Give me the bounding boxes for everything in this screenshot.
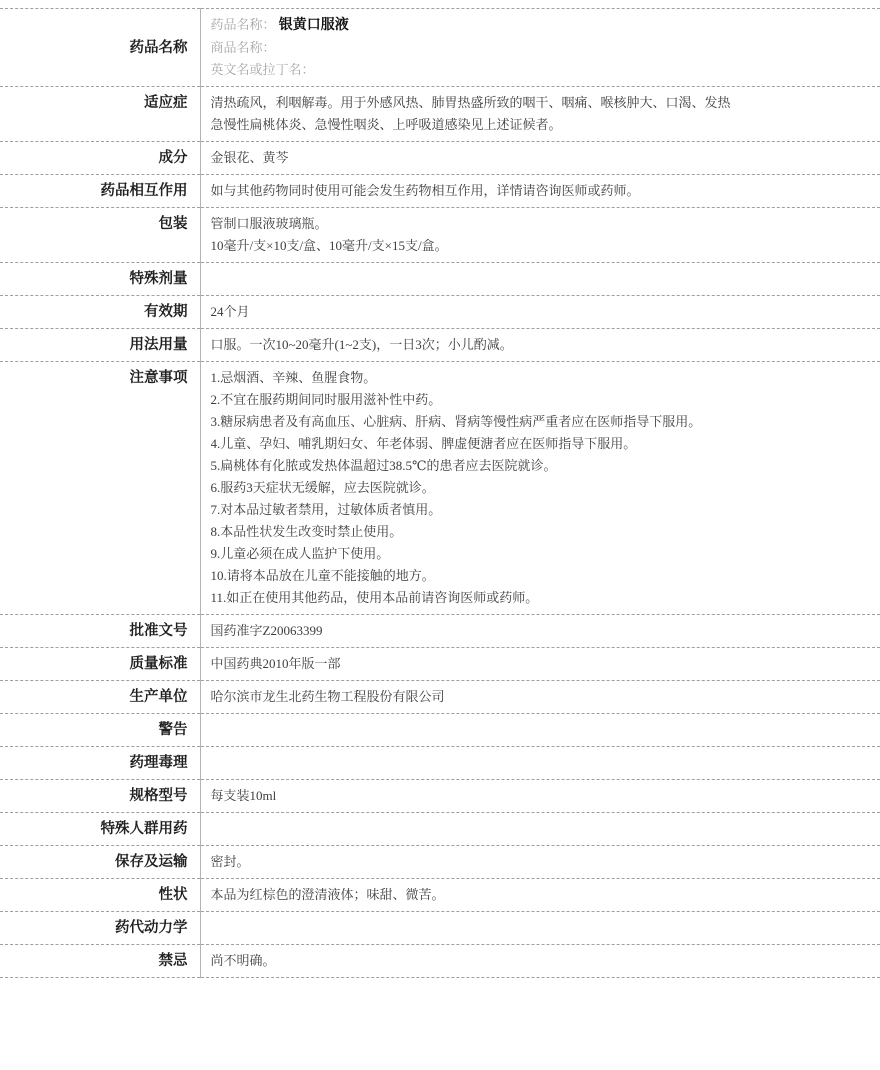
row-value-line: 哈尔滨市龙生北药生物工程股份有限公司 [211,686,867,708]
row-value-line: 11.如正在使用其他药品，使用本品前请咨询医师或药师。 [211,587,867,609]
row-value-line: 国药准字Z20063399 [211,620,867,642]
row-value: 国药准字Z20063399 [200,615,880,648]
table-row-drug-name: 药品名称 药品名称： 银黄口服液 商品名称： 英文名或拉丁名： [0,9,880,87]
row-value: 中国药典2010年版一部 [200,648,880,681]
row-value-line: 每支装10ml [211,785,867,807]
row-value-line: 5.扁桃体有化脓或发热体温超过38.5℃的患者应去医院就诊。 [211,455,867,477]
row-value [200,912,880,945]
table-row-packaging: 包装 管制口服液玻璃瓶。 10毫升/支×10支/盒、10毫升/支×15支/盒。 [0,208,880,263]
row-value: 口服。一次10~20毫升(1~2支)，一日3次；小儿酌减。 [200,329,880,362]
row-value: 1.忌烟酒、辛辣、鱼腥食物。 2.不宜在服药期间同时服用滋补性中药。 3.糖尿病… [200,362,880,615]
drug-name-value: 银黄口服液 [279,18,349,33]
row-value: 尚不明确。 [200,945,880,978]
table-row-pharmacology: 药理毒理 [0,747,880,780]
drug-info-table: 药品名称 药品名称： 银黄口服液 商品名称： 英文名或拉丁名： 适应症 清热疏风… [0,8,880,978]
row-label: 生产单位 [0,681,200,714]
row-value-line [211,917,867,939]
row-label: 保存及运输 [0,846,200,879]
row-label: 成分 [0,142,200,175]
row-value [200,747,880,780]
row-value-line: 如与其他药物同时使用可能会发生药物相互作用，详情请咨询医师或药师。 [211,180,867,202]
table-row-contraindications: 禁忌 尚不明确。 [0,945,880,978]
row-value-line: 8.本品性状发生改变时禁止使用。 [211,521,867,543]
row-value [200,813,880,846]
row-label: 有效期 [0,296,200,329]
table-row-special-dosage: 特殊剂量 [0,263,880,296]
row-value-line: 金银花、黄芩 [211,147,867,169]
row-value-line: 中国药典2010年版一部 [211,653,867,675]
table-row-appearance: 性状 本品为红棕色的澄清液体；味甜、微苦。 [0,879,880,912]
table-row-storage: 保存及运输 密封。 [0,846,880,879]
row-label: 注意事项 [0,362,200,615]
row-value-line: 本品为红棕色的澄清液体；味甜、微苦。 [211,884,867,906]
row-value-line [211,719,867,741]
row-value: 金银花、黄芩 [200,142,880,175]
row-value-line: 密封。 [211,851,867,873]
table-row-manufacturer: 生产单位 哈尔滨市龙生北药生物工程股份有限公司 [0,681,880,714]
row-label: 用法用量 [0,329,200,362]
row-label: 适应症 [0,87,200,142]
row-label: 禁忌 [0,945,200,978]
row-value-line: 24个月 [211,301,867,323]
row-label: 规格型号 [0,780,200,813]
row-value-line: 管制口服液玻璃瓶。 [211,213,867,235]
table-row-special-populations: 特殊人群用药 [0,813,880,846]
drug-name-prefix: 药品名称： [211,17,276,32]
row-label: 质量标准 [0,648,200,681]
row-value-line [211,268,867,290]
table-row-quality-standard: 质量标准 中国药典2010年版一部 [0,648,880,681]
table-row-precautions: 注意事项 1.忌烟酒、辛辣、鱼腥食物。 2.不宜在服药期间同时服用滋补性中药。 … [0,362,880,615]
row-value-line: 4.儿童、孕妇、哺乳期妇女、年老体弱、脾虚便溏者应在医师指导下服用。 [211,433,867,455]
row-label: 药理毒理 [0,747,200,780]
row-value-line: 尚不明确。 [211,950,867,972]
row-value-line: 10.请将本品放在儿童不能接触的地方。 [211,565,867,587]
row-label: 药品名称 [0,9,200,87]
row-value [200,263,880,296]
row-value-line [211,818,867,840]
row-value-line: 7.对本品过敏者禁用，过敏体质者慎用。 [211,499,867,521]
row-label: 特殊剂量 [0,263,200,296]
table-row-indications: 适应症 清热疏风，利咽解毒。用于外感风热、肺胃热盛所致的咽干、咽痛、喉核肿大、口… [0,87,880,142]
table-row-approval-number: 批准文号 国药准字Z20063399 [0,615,880,648]
row-label: 药代动力学 [0,912,200,945]
row-value: 每支装10ml [200,780,880,813]
row-value-line: 1.忌烟酒、辛辣、鱼腥食物。 [211,367,867,389]
row-value: 密封。 [200,846,880,879]
row-value-line [211,752,867,774]
trade-name-line: 商品名称： [211,37,867,59]
drug-info-page: 药品名称 药品名称： 银黄口服液 商品名称： 英文名或拉丁名： 适应症 清热疏风… [0,0,880,1070]
row-value: 药品名称： 银黄口服液 商品名称： 英文名或拉丁名： [200,9,880,87]
row-label: 警告 [0,714,200,747]
row-value: 清热疏风，利咽解毒。用于外感风热、肺胃热盛所致的咽干、咽痛、喉核肿大、口渴、发热… [200,87,880,142]
row-value-line: 2.不宜在服药期间同时服用滋补性中药。 [211,389,867,411]
table-row-ingredients: 成分 金银花、黄芩 [0,142,880,175]
row-value-line: 6.服药3天症状无缓解，应去医院就诊。 [211,477,867,499]
table-row-shelf-life: 有效期 24个月 [0,296,880,329]
row-value [200,714,880,747]
row-value: 本品为红棕色的澄清液体；味甜、微苦。 [200,879,880,912]
table-row-dosage: 用法用量 口服。一次10~20毫升(1~2支)，一日3次；小儿酌减。 [0,329,880,362]
drug-name-line: 药品名称： 银黄口服液 [211,14,867,37]
row-value-line: 10毫升/支×10支/盒、10毫升/支×15支/盒。 [211,235,867,257]
row-value-line: 9.儿童必须在成人监护下使用。 [211,543,867,565]
row-label: 批准文号 [0,615,200,648]
row-value: 管制口服液玻璃瓶。 10毫升/支×10支/盒、10毫升/支×15支/盒。 [200,208,880,263]
row-value: 如与其他药物同时使用可能会发生药物相互作用，详情请咨询医师或药师。 [200,175,880,208]
row-value: 24个月 [200,296,880,329]
table-row-interactions: 药品相互作用 如与其他药物同时使用可能会发生药物相互作用，详情请咨询医师或药师。 [0,175,880,208]
row-label: 包装 [0,208,200,263]
row-value-line: 3.糖尿病患者及有高血压、心脏病、肝病、肾病等慢性病严重者应在医师指导下服用。 [211,411,867,433]
row-label: 性状 [0,879,200,912]
row-label: 特殊人群用药 [0,813,200,846]
row-value-line: 口服。一次10~20毫升(1~2支)，一日3次；小儿酌减。 [211,334,867,356]
row-value: 哈尔滨市龙生北药生物工程股份有限公司 [200,681,880,714]
table-row-pharmacokinetics: 药代动力学 [0,912,880,945]
row-value-line: 急慢性扁桃体炎、急慢性咽炎、上呼吸道感染见上述证候者。 [211,114,867,136]
row-label: 药品相互作用 [0,175,200,208]
table-row-specification: 规格型号 每支装10ml [0,780,880,813]
english-name-line: 英文名或拉丁名： [211,59,867,81]
row-value-line: 清热疏风，利咽解毒。用于外感风热、肺胃热盛所致的咽干、咽痛、喉核肿大、口渴、发热 [211,92,867,114]
table-row-warning: 警告 [0,714,880,747]
